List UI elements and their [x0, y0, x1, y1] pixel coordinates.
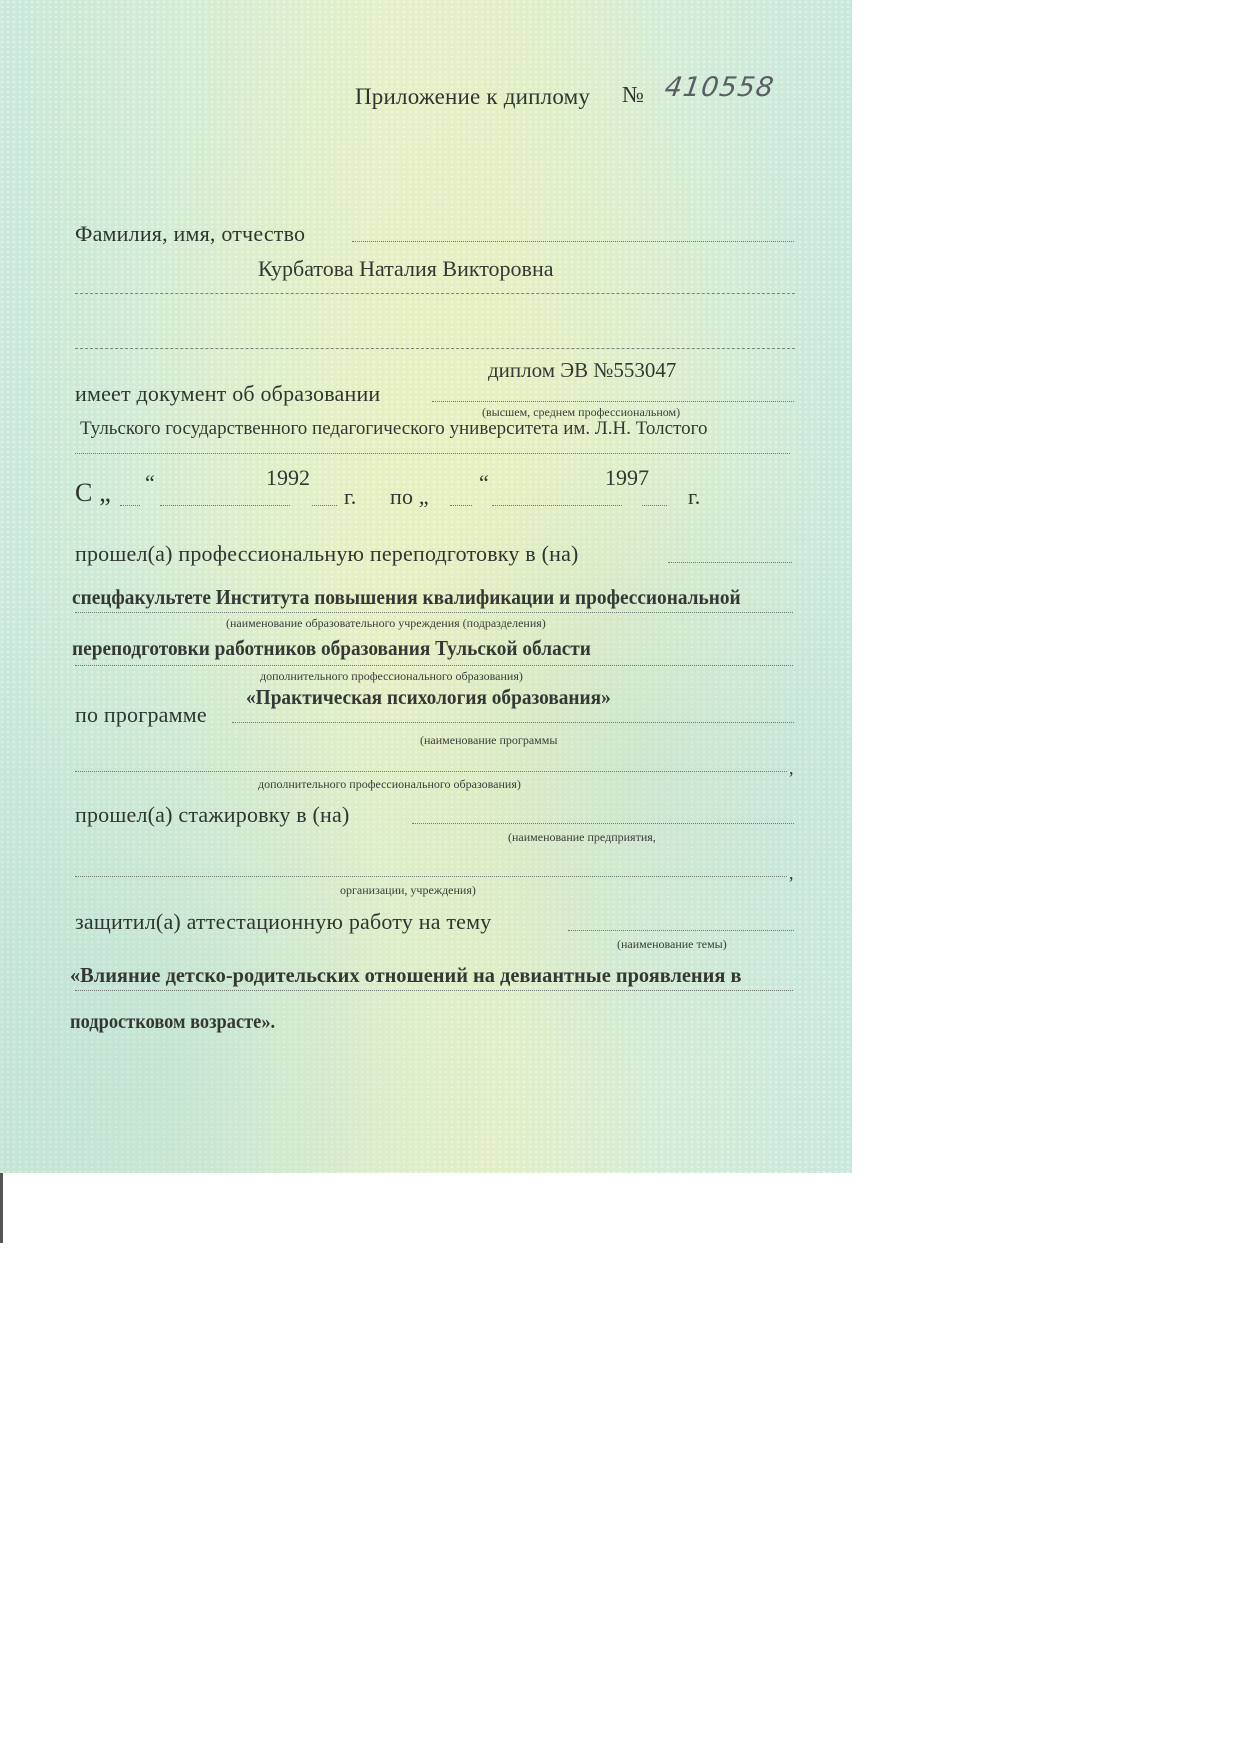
thesis-label: защитил(а) аттестационную работу на тему: [75, 909, 491, 935]
retraining-institution-hint: (наименование образовательного учреждени…: [226, 616, 546, 631]
period-to-day-line: [450, 505, 472, 506]
period-from-quote: “: [145, 470, 155, 496]
period-to-label: по „: [390, 484, 429, 510]
period-from-month-line: [160, 505, 290, 506]
program-line-comma: ,: [789, 758, 794, 779]
education-document-label: имеет документ об образовании: [75, 381, 380, 407]
internship-underline: [412, 823, 794, 824]
retraining-institution-line1-underline: [75, 612, 793, 613]
program-second-line: [75, 771, 787, 772]
name-line-2: [75, 293, 795, 294]
document-title: Приложение к диплому: [355, 84, 590, 110]
program-name-value: «Практическая психология образования»: [246, 685, 611, 710]
retraining-institution-hint2: дополнительного профессионального образо…: [260, 669, 523, 684]
full-name-value: Курбатова Наталия Викторовна: [258, 256, 554, 282]
thesis-hint: (наименование темы): [617, 937, 727, 952]
retraining-institution-line2-underline: [75, 665, 793, 666]
period-from-year: 1992: [266, 465, 310, 491]
period-to-year: 1997: [605, 465, 649, 491]
period-to-year-line: [642, 505, 667, 506]
thesis-underline: [568, 930, 794, 931]
period-to-quote: “: [479, 470, 489, 496]
education-institution-value: Тульского государственного педагогическо…: [80, 418, 707, 440]
number-sign: №: [622, 82, 644, 108]
education-document-underline: [432, 401, 794, 402]
thesis-topic-line1: «Влияние детско-родительских отношений н…: [70, 963, 742, 988]
retraining-label: прошел(а) профессиональную переподготовк…: [75, 541, 579, 567]
diploma-supplement-page: Приложение к диплому № 410558 Фамилия, и…: [0, 0, 852, 1173]
period-from-year-suffix: г.: [344, 484, 356, 510]
scan-edge-mark: [0, 1173, 3, 1243]
internship-second-line: [75, 876, 787, 877]
period-from-prefix: С „: [75, 478, 111, 508]
period-to-month-line: [492, 505, 622, 506]
retraining-institution-line1: спецфакультете Института повышения квали…: [72, 585, 741, 610]
program-hint: (наименование программы: [420, 733, 557, 748]
retraining-institution-line2: переподготовки работников образования Ту…: [72, 636, 591, 661]
internship-hint2: организации, учреждения): [340, 883, 476, 898]
period-from-day-line: [120, 505, 140, 506]
education-document-value: диплом ЭВ №553047: [488, 358, 676, 383]
program-label: по программе: [75, 702, 207, 728]
handwritten-diploma-number: 410558: [663, 72, 776, 103]
retraining-underline: [668, 562, 792, 563]
full-name-label: Фамилия, имя, отчество: [75, 221, 305, 247]
thesis-topic-line2: подростковом возрасте».: [70, 1011, 275, 1034]
program-hint2: дополнительного профессионального образо…: [258, 777, 521, 792]
program-underline: [232, 722, 794, 723]
period-from-year-line: [312, 505, 337, 506]
internship-hint1: (наименование предприятия,: [508, 830, 656, 845]
internship-line-comma: ,: [789, 863, 794, 884]
education-institution-underline: [75, 453, 790, 454]
internship-label: прошел(а) стажировку в (на): [75, 802, 350, 828]
full-name-underline: [352, 241, 794, 242]
name-line-3: [75, 348, 795, 349]
period-to-year-suffix: г.: [688, 484, 700, 510]
thesis-topic-underline: [75, 990, 793, 991]
